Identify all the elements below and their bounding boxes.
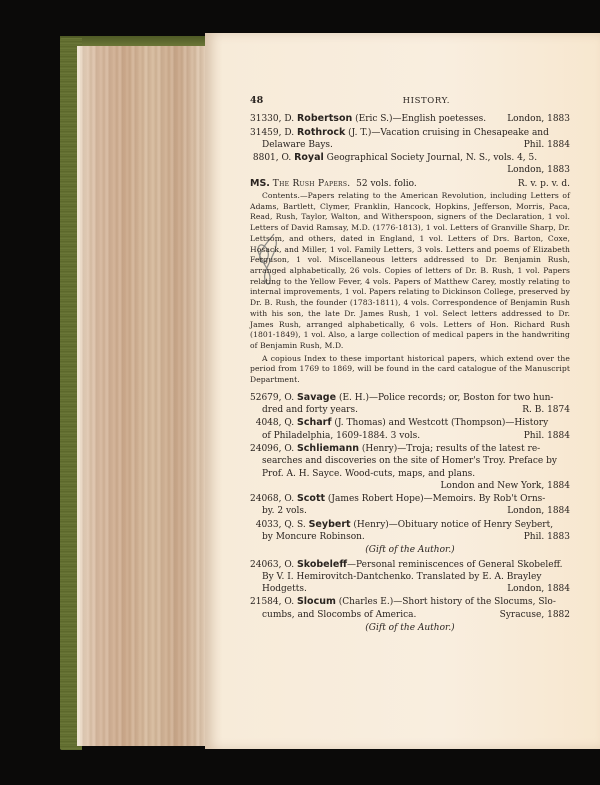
catalog-entry: 24063, O. Skobeleff—Personal reminiscenc… bbox=[250, 559, 570, 596]
catalog-entry: 31330, D. Robertson (Eric S.)—English po… bbox=[250, 113, 570, 125]
rush-contents: Contents.—Papers relating to the America… bbox=[250, 191, 570, 386]
page-edges bbox=[77, 46, 210, 746]
page-text: 48 HISTORY. 31330, D. Robertson (Eric S.… bbox=[250, 95, 570, 636]
catalog-entry: 24096, O. Schliemann (Henry)—Troja; resu… bbox=[250, 443, 570, 492]
running-head: HISTORY. bbox=[403, 95, 450, 107]
catalog-entry: 24068, O. Scott (James Robert Hope)—Memo… bbox=[250, 493, 570, 518]
catalog-entry: 52679, O. Savage (E. H.)—Police records;… bbox=[250, 392, 570, 417]
catalog-entry: 4048, Q. Scharf (J. Thomas) and Westcott… bbox=[250, 417, 570, 442]
catalog-entry: 21584, O. Slocum (Charles E.)—Short hist… bbox=[250, 596, 570, 634]
catalog-entry: 4033, Q. S. Seybert (Henry)—Obituary not… bbox=[250, 519, 570, 557]
book-cover-top bbox=[60, 36, 210, 46]
catalog-entry-rush-papers: MS. The Rush Papers. 52 vols. folio.R. v… bbox=[250, 178, 570, 190]
catalog-entry: 31459, D. Rothrock (J. T.)—Vacation crui… bbox=[250, 127, 570, 152]
page-number: 48 bbox=[250, 95, 263, 107]
page-header: 48 HISTORY. bbox=[250, 95, 570, 107]
catalog-entry: 8801, O. Royal Geographical Society Jour… bbox=[250, 152, 570, 177]
